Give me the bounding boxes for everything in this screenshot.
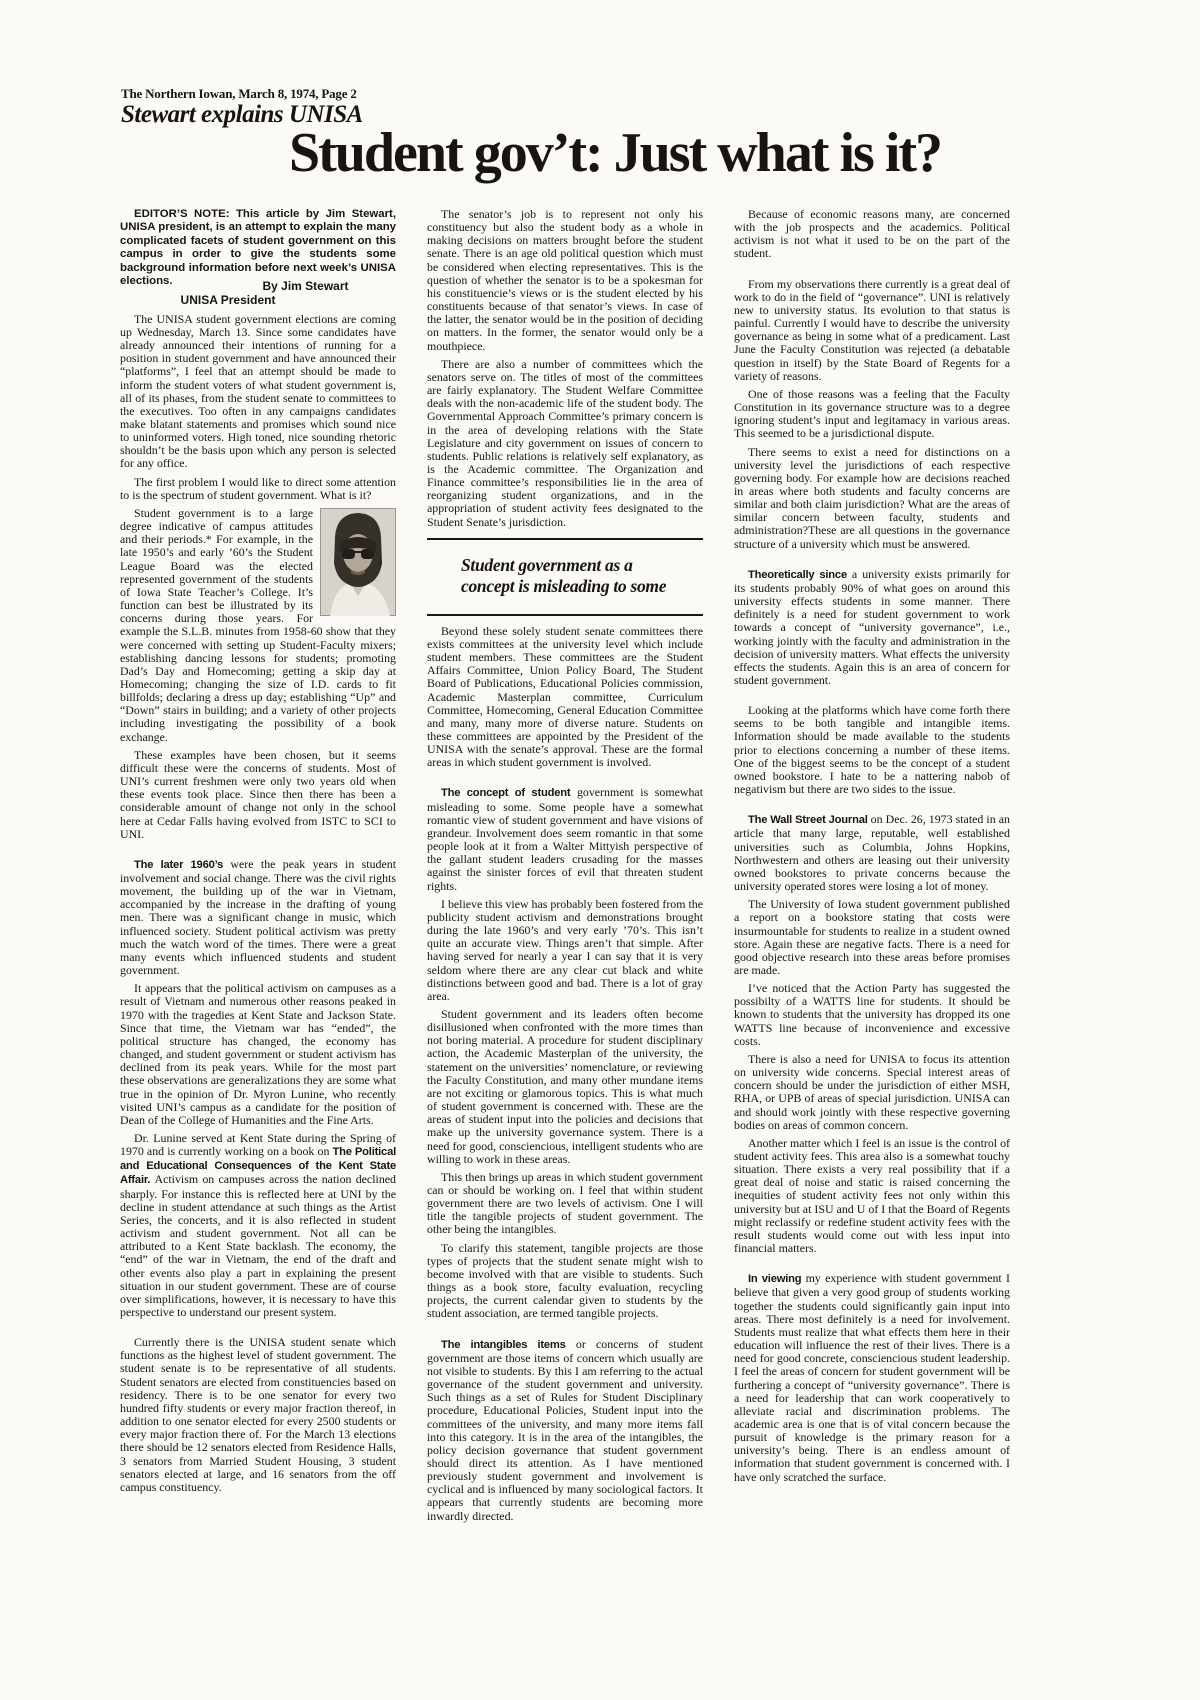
column-2-text-top: The senator’s job is to represent not on… — [427, 208, 703, 529]
article-paragraph: Another matter which I feel is an issue … — [734, 1137, 1010, 1255]
section-subhead: Student government as a concept is misle… — [427, 538, 703, 616]
article-paragraph: These examples have been chosen, but it … — [120, 749, 396, 841]
article-paragraph: Theoretically since a university exists … — [734, 568, 1010, 687]
article-paragraph: Beyond these solely student senate commi… — [427, 625, 703, 770]
article-paragraph: This then brings up areas in which stude… — [427, 1171, 703, 1237]
newspaper-page: The Northern Iowan, March 8, 1974, Page … — [0, 0, 1200, 1700]
masthead-line: The Northern Iowan, March 8, 1974, Page … — [121, 86, 357, 102]
article-paragraph: There is also a need for UNISA to focus … — [734, 1053, 1010, 1132]
article-paragraph: Student government is to a large degree … — [120, 507, 396, 744]
article-paragraph: The UNISA student government elections a… — [120, 313, 396, 471]
article-paragraph: The Wall Street Journal on Dec. 26, 1973… — [734, 813, 1010, 893]
article-paragraph: Currently there is the UNISA student sen… — [120, 1336, 396, 1494]
editors-note: EDITOR’S NOTE: This article by Jim Stewa… — [120, 208, 396, 288]
article-paragraph: I believe this view has probably been fo… — [427, 898, 703, 1003]
column-1-text: The UNISA student government elections a… — [120, 313, 396, 1494]
article-paragraph: Because of economic reasons many, are co… — [734, 208, 1010, 261]
article-paragraph: Dr. Lunine served at Kent State during t… — [120, 1132, 396, 1319]
column-3: Because of economic reasons many, are co… — [734, 208, 1010, 1528]
column-2-text-bottom: Beyond these solely student senate commi… — [427, 625, 703, 1523]
article-paragraph: Student government and its leaders often… — [427, 1008, 703, 1166]
article-paragraph: It appears that the political activism o… — [120, 982, 396, 1127]
article-paragraph: The University of Iowa student governmen… — [734, 898, 1010, 977]
byline-title: UNISA President — [120, 294, 336, 307]
article-paragraph: The intangibles items or concerns of stu… — [427, 1338, 703, 1523]
column-1: EDITOR’S NOTE: This article by Jim Stewa… — [120, 208, 396, 1528]
main-headline: Student gov’t: Just what is it? — [130, 121, 1100, 185]
article-paragraph: There seems to exist a need for distinct… — [734, 446, 1010, 551]
article-paragraph: The first problem I would like to direct… — [120, 476, 396, 502]
article-paragraph: The senator’s job is to represent not on… — [427, 208, 703, 353]
article-paragraph: In viewing my experience with student go… — [734, 1272, 1010, 1484]
article-paragraph: I’ve noticed that the Action Party has s… — [734, 982, 1010, 1048]
article-paragraph: To clarify this statement, tangible proj… — [427, 1242, 703, 1321]
article-paragraph: From my observations there currently is … — [734, 278, 1010, 383]
article-body: EDITOR’S NOTE: This article by Jim Stewa… — [120, 208, 1010, 1528]
article-paragraph: There are also a number of committees wh… — [427, 358, 703, 529]
article-paragraph: One of those reasons was a feeling that … — [734, 388, 1010, 441]
subhead-line-1: Student government as a — [461, 555, 703, 576]
portrait-photo-image — [320, 508, 396, 616]
column-3-text: Because of economic reasons many, are co… — [734, 208, 1010, 1484]
subhead-line-2: concept is misleading to some — [461, 576, 703, 597]
article-paragraph: The concept of student government is som… — [427, 786, 703, 892]
portrait-photo — [320, 508, 396, 616]
article-paragraph: The later 1960’s were the peak years in … — [120, 858, 396, 977]
column-2: The senator’s job is to represent not on… — [427, 208, 703, 1528]
byline: By Jim Stewart — [215, 280, 396, 293]
article-paragraph: Looking at the platforms which have come… — [734, 704, 1010, 796]
